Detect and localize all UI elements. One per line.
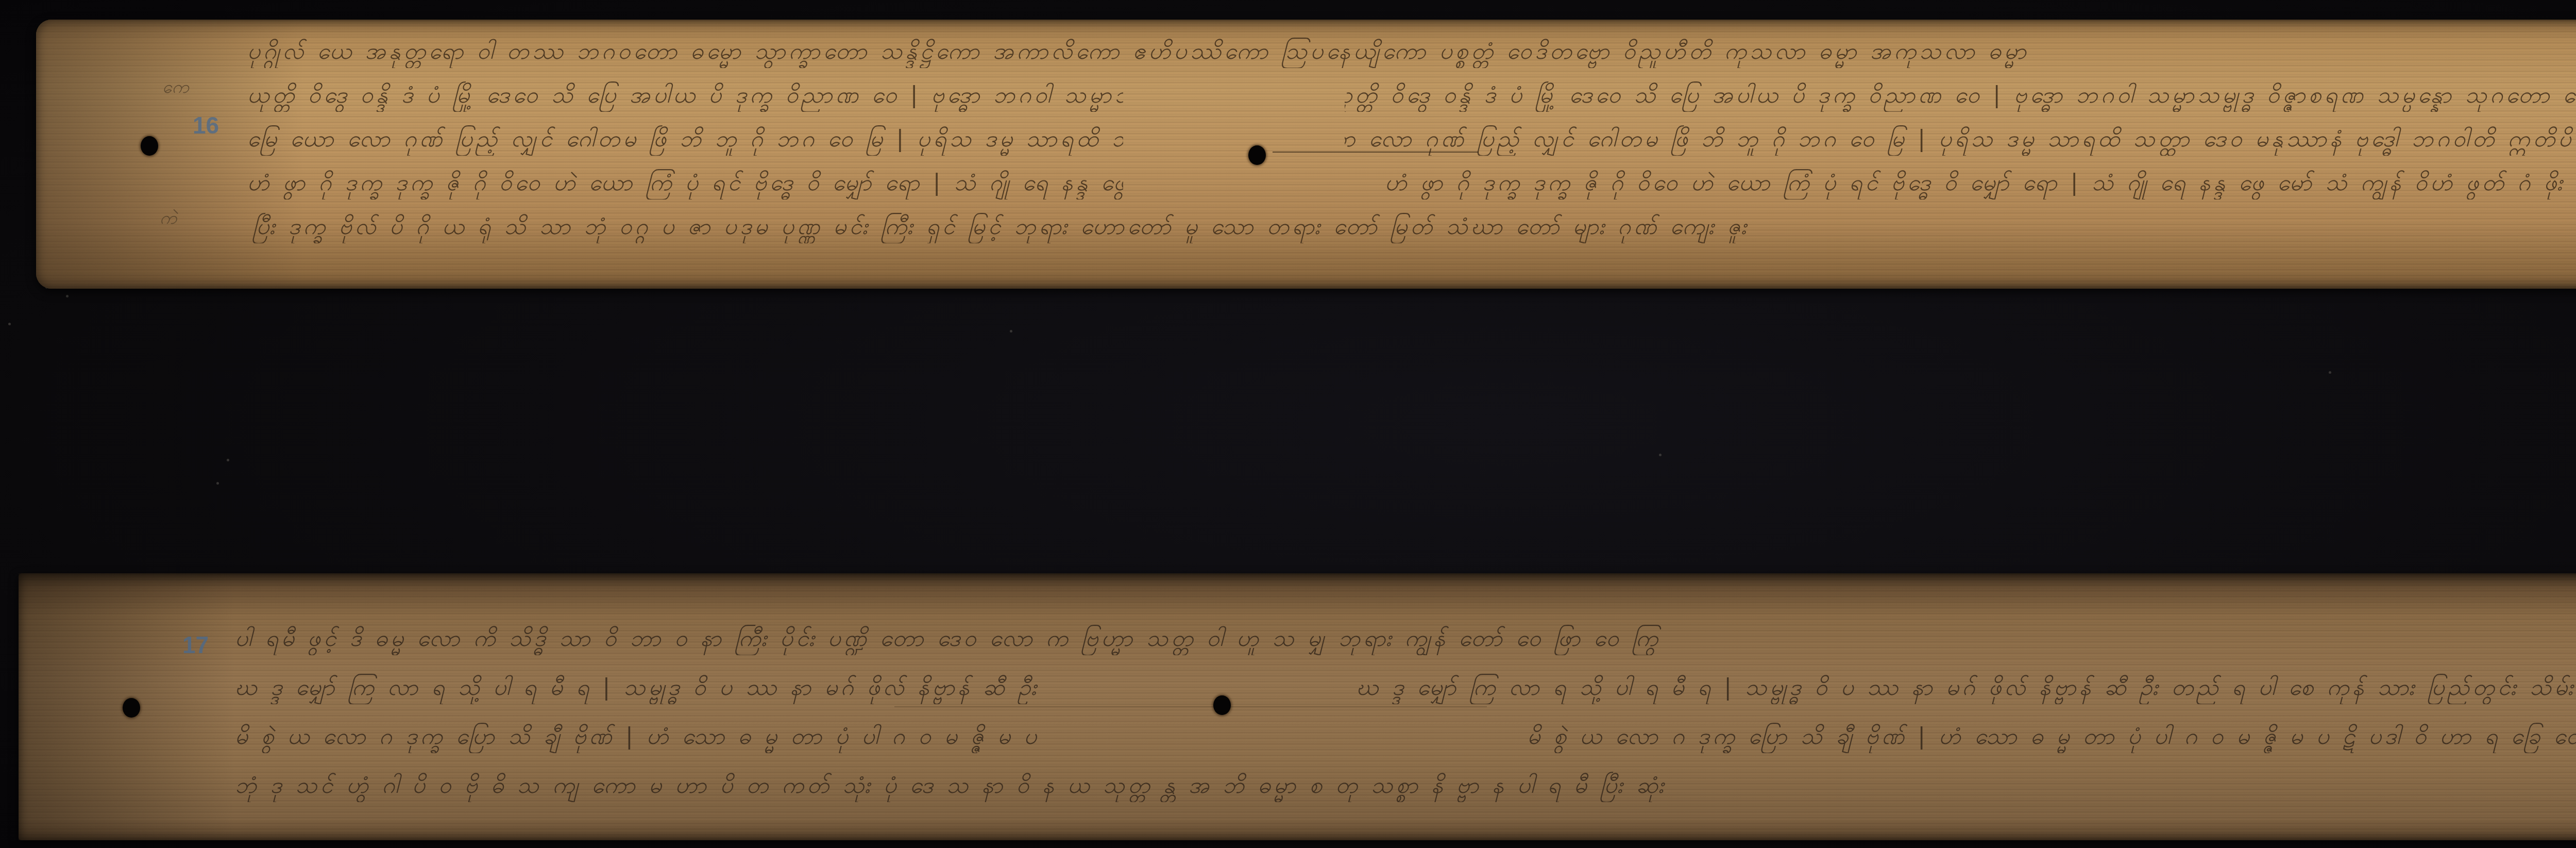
folio-number-left: 17 bbox=[182, 631, 209, 659]
manuscript-line-2-right: ဃ ဒ္ဒ မျှော် ကြ လာ ရ သို့ ပါ ရ မီ ရ | သမ… bbox=[1265, 671, 2576, 704]
binding-hole-left bbox=[141, 136, 158, 156]
binding-hole-left bbox=[123, 698, 140, 718]
manuscript-line-1: ပါ ရမီ ဖွင့် ဒိ ဓမ္မ လော ကိ သိဒ္ဓိ သာ ဝိ… bbox=[235, 622, 2576, 655]
manuscript-line-3-right: မိ စွဲ ယ လော ဂ ဒုက္ခ ပြော သိ ချီ ဗိုဏ် |… bbox=[1265, 720, 2576, 753]
manuscript-photograph: ကေ ကဲ 16 ပုဂ္ဂိုလ် ယေ အနုတ္တရော ဝါ တဿ ဘဂ… bbox=[0, 0, 2576, 848]
palm-leaf-folio-bottom: 17 17 ပါ ရမီ ဖွင့် ဒိ ဓမ္မ လော ကိ သိဒ္ဓိ… bbox=[19, 573, 2576, 840]
margin-note: ကေ bbox=[162, 75, 189, 102]
binding-hole-center bbox=[1248, 145, 1266, 165]
margin-note: ကဲ bbox=[160, 206, 177, 232]
manuscript-line-2-right: ယုတ္တိ ဝိဒွေ ဝန္ဒိ ဒံ ပံ မြို့ ဒေဝေ သိ ပ… bbox=[1345, 79, 2576, 112]
dust-speck bbox=[1659, 454, 1662, 456]
dust-speck bbox=[216, 482, 219, 485]
dust-speck bbox=[1010, 330, 1012, 332]
manuscript-line-2-left: ဃ ဒ္ဒ မျှော် ကြ လာ ရ သို့ ပါ ရ မီ ရ | သမ… bbox=[235, 671, 1049, 704]
dust-speck bbox=[66, 295, 69, 297]
dust-speck bbox=[2329, 371, 2331, 374]
string-guide-line bbox=[1273, 152, 1479, 153]
manuscript-line-1: ပုဂ္ဂိုလ် ယေ အနုတ္တရော ဝါ တဿ ဘဂဝတော ဓမ္မ… bbox=[247, 35, 2576, 68]
manuscript-line-3-left: မိ စွဲ ယ လော ဂ ဒုက္ခ ပြော သိ ချီ ဗိုဏ် |… bbox=[235, 720, 1049, 753]
manuscript-line-2-left: ယုတ္တိ ဝိဒွေ ဝန္ဒိ ဒံ ပံ မြို့ ဒေဝေ သိ ပ… bbox=[247, 79, 1123, 112]
manuscript-line-4: ဘုံ ဒု သင် ဟွံ ဂါ ပိ ဝ ဗို ဓိ သ ကျ ကော မ… bbox=[235, 769, 2576, 802]
manuscript-line-4-left: ဟံ ဖွာ ဂို ဒုက္ခ ဒုက္ခ ဇို ဂို ဝိဝေ ဟဲ ယ… bbox=[247, 167, 1123, 199]
manuscript-line-5: ပြီး ဒုက္ခ ဗိုလ် ပိ ဂို ယ ရုံ သိ သာ ဘုံ … bbox=[252, 210, 2576, 243]
manuscript-line-3-left: မြေ ယော လော ဂုဏ် ပြည့် လျှင် ဂေါတမ ဖြိ ဘ… bbox=[247, 123, 1123, 156]
palm-leaf-folio-top: ကေ ကဲ 16 ပုဂ္ဂိုလ် ယေ အနုတ္တရော ဝါ တဿ ဘဂ… bbox=[36, 20, 2576, 289]
folio-number-left: 16 bbox=[193, 111, 219, 139]
dust-speck bbox=[8, 323, 11, 325]
binding-hole-center bbox=[1213, 695, 1231, 715]
dust-speck bbox=[227, 459, 229, 461]
manuscript-line-3-right: မြေ ယော လော ဂုဏ် ပြည့် လျှင် ဂေါတမ ဖြိ ဘ… bbox=[1345, 123, 2576, 156]
manuscript-line-4-right: ဟံ ဖွာ ဂို ဒုက္ခ ဒုက္ခ ဇို ဂို ဝိဝေ ဟဲ ယ… bbox=[1345, 167, 2576, 199]
string-guide-line bbox=[894, 706, 1487, 707]
